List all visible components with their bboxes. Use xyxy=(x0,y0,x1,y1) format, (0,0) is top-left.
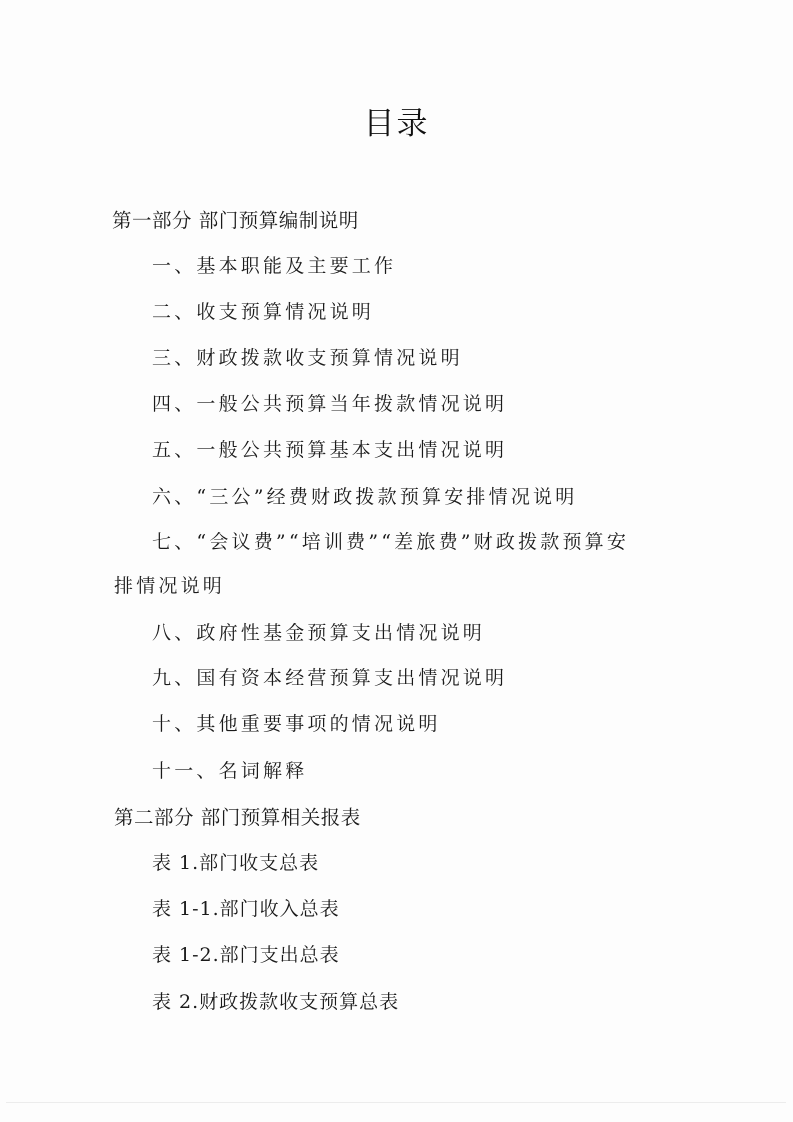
toc-table-1: 表 1.部门收支总表 xyxy=(152,848,319,875)
toc-item-2: 二、收支预算情况说明 xyxy=(152,297,374,324)
page-title: 目录 xyxy=(0,98,793,143)
toc-part2-heading: 第二部分 部门预算相关报表 xyxy=(114,802,361,830)
toc-item-10: 十、其他重要事项的情况说明 xyxy=(152,709,441,736)
toc-table-1-2: 表 1-2.部门支出总表 xyxy=(152,940,340,967)
toc-item-8: 八、政府性基金预算支出情况说明 xyxy=(152,618,485,645)
toc-table-1-1: 表 1-1.部门收入总表 xyxy=(152,894,340,921)
toc-item-4: 四、一般公共预算当年拨款情况说明 xyxy=(152,389,507,416)
toc-item-7-continued: 排情况说明 xyxy=(114,571,225,598)
toc-item-7: 七、“会议费”“培训费”“差旅费”财政拨款预算安 xyxy=(152,527,629,554)
toc-item-5: 五、一般公共预算基本支出情况说明 xyxy=(152,435,507,462)
toc-table-2: 表 2.财政拨款收支预算总表 xyxy=(152,987,399,1014)
toc-item-6: 六、“三公”经费财政拨款预算安排情况说明 xyxy=(152,482,577,509)
toc-item-9: 九、国有资本经营预算支出情况说明 xyxy=(152,663,507,690)
toc-item-3: 三、财政拨款收支预算情况说明 xyxy=(152,343,463,370)
scan-artifact-line xyxy=(6,1102,786,1103)
toc-item-1: 一、基本职能及主要工作 xyxy=(152,251,396,278)
toc-item-11: 十一、名词解释 xyxy=(152,756,307,783)
document-page: 目录 第一部分 部门预算编制说明 一、基本职能及主要工作 二、收支预算情况说明 … xyxy=(0,0,793,1122)
toc-part1-heading: 第一部分 部门预算编制说明 xyxy=(112,205,359,233)
